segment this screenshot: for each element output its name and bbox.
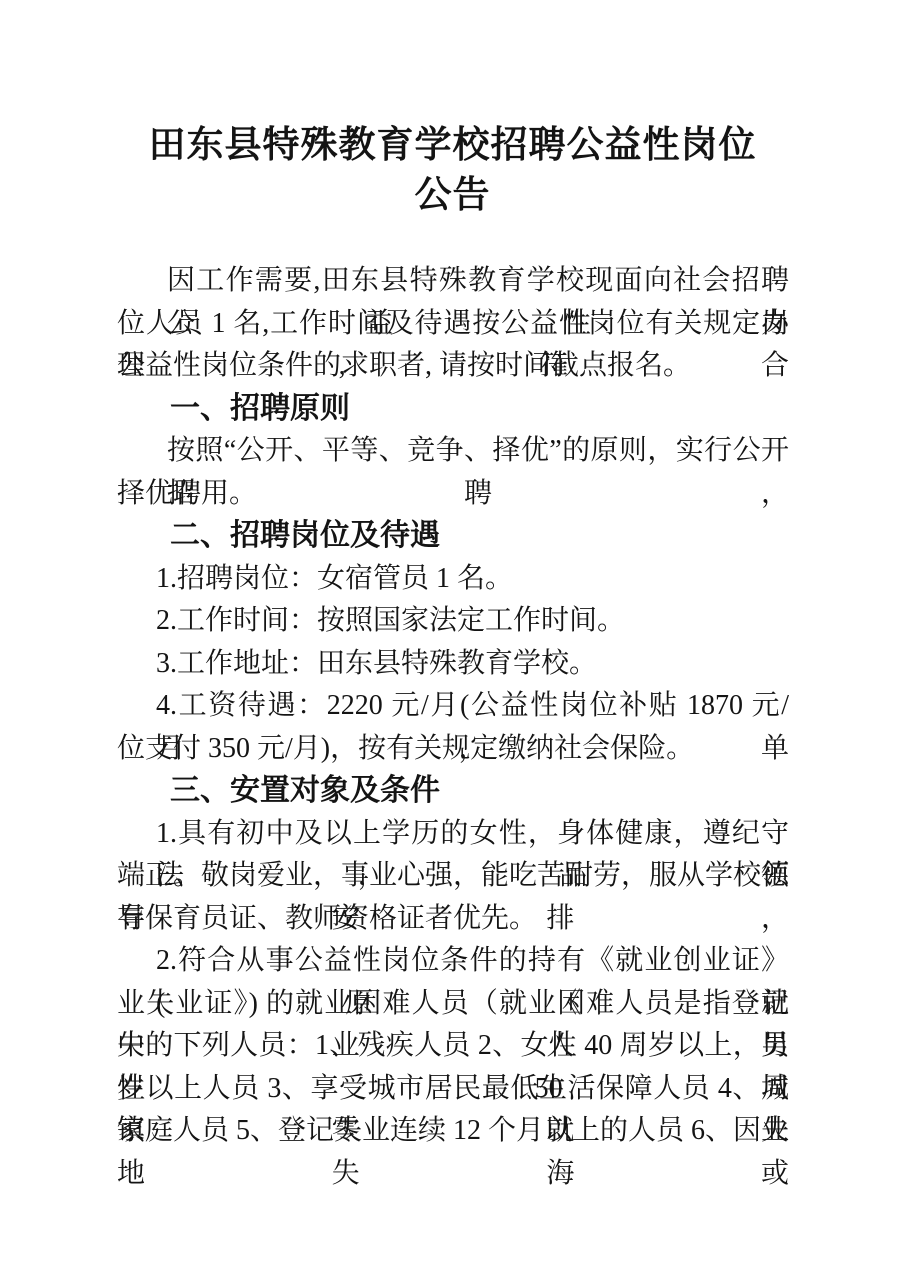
document-title-line-2: 公告 bbox=[0, 171, 905, 221]
document-title: 田东县特殊教育学校招聘公益性岗位 公告 bbox=[0, 121, 905, 221]
text-line: 3.工作地址：田东县特殊教育学校。 bbox=[117, 643, 789, 686]
document-page: 田东县特殊教育学校招聘公益性岗位 公告 因工作需要,田东县特殊教育学校现面向社会… bbox=[0, 0, 905, 1280]
text-line: 1.招聘岗位：女宿管员 1 名。 bbox=[117, 558, 789, 601]
text-line: 公益性岗位条件的求职者, 请按时间截点报名。 bbox=[117, 345, 789, 388]
text-line: 端正。敬岗爱业，事业心强，能吃苦耐劳，服从学校领导安排， bbox=[117, 855, 789, 898]
text-line: 4.工资待遇：2220 元/月(公益性岗位补贴 1870 元/月，单 bbox=[117, 685, 789, 728]
text-line: 1.具有初中及以上学历的女性，身体健康，遵纪守法，品德 bbox=[117, 813, 789, 856]
section-heading: 一、招聘原则 bbox=[117, 388, 789, 431]
document-title-line-1: 田东县特殊教育学校招聘公益性岗位 bbox=[0, 121, 905, 171]
text-line: 家庭人员 5、登记失业连续 12 个月以上的人员 6、因失地失海或 bbox=[117, 1110, 789, 1153]
section-heading: 三、安置对象及条件 bbox=[117, 770, 789, 813]
document-body: 因工作需要,田东县特殊教育学校现面向社会招聘公益性岗位人员 1 名,工作时间及待… bbox=[117, 260, 789, 1153]
section-heading: 二、招聘岗位及待遇 bbox=[117, 515, 789, 558]
text-line: 位人员 1 名,工作时间及待遇按公益性岗位有关规定办理,符合 bbox=[117, 303, 789, 346]
text-line: 因工作需要,田东县特殊教育学校现面向社会招聘公益性岗 bbox=[117, 260, 789, 303]
text-line: 岁以上人员 3、享受城市居民最低生活保障人员 4、城镇零就业 bbox=[117, 1068, 789, 1111]
text-line: 业失业证》) 的就业困难人员（就业困难人员是指登记失业人员 bbox=[117, 983, 789, 1026]
text-line: 中的下列人员：1、残疾人员 2、女性 40 周岁以上，男性 50 周 bbox=[117, 1025, 789, 1068]
text-line: 2.工作时间：按照国家法定工作时间。 bbox=[117, 600, 789, 643]
text-line: 按照“公开、平等、竞争、择优”的原则，实行公开招聘， bbox=[117, 430, 789, 473]
text-line: 2.符合从事公益性岗位条件的持有《就业创业证》(原《就 bbox=[117, 940, 789, 983]
text-line: 位支付 350 元/月)，按有关规定缴纳社会保险。 bbox=[117, 728, 789, 771]
